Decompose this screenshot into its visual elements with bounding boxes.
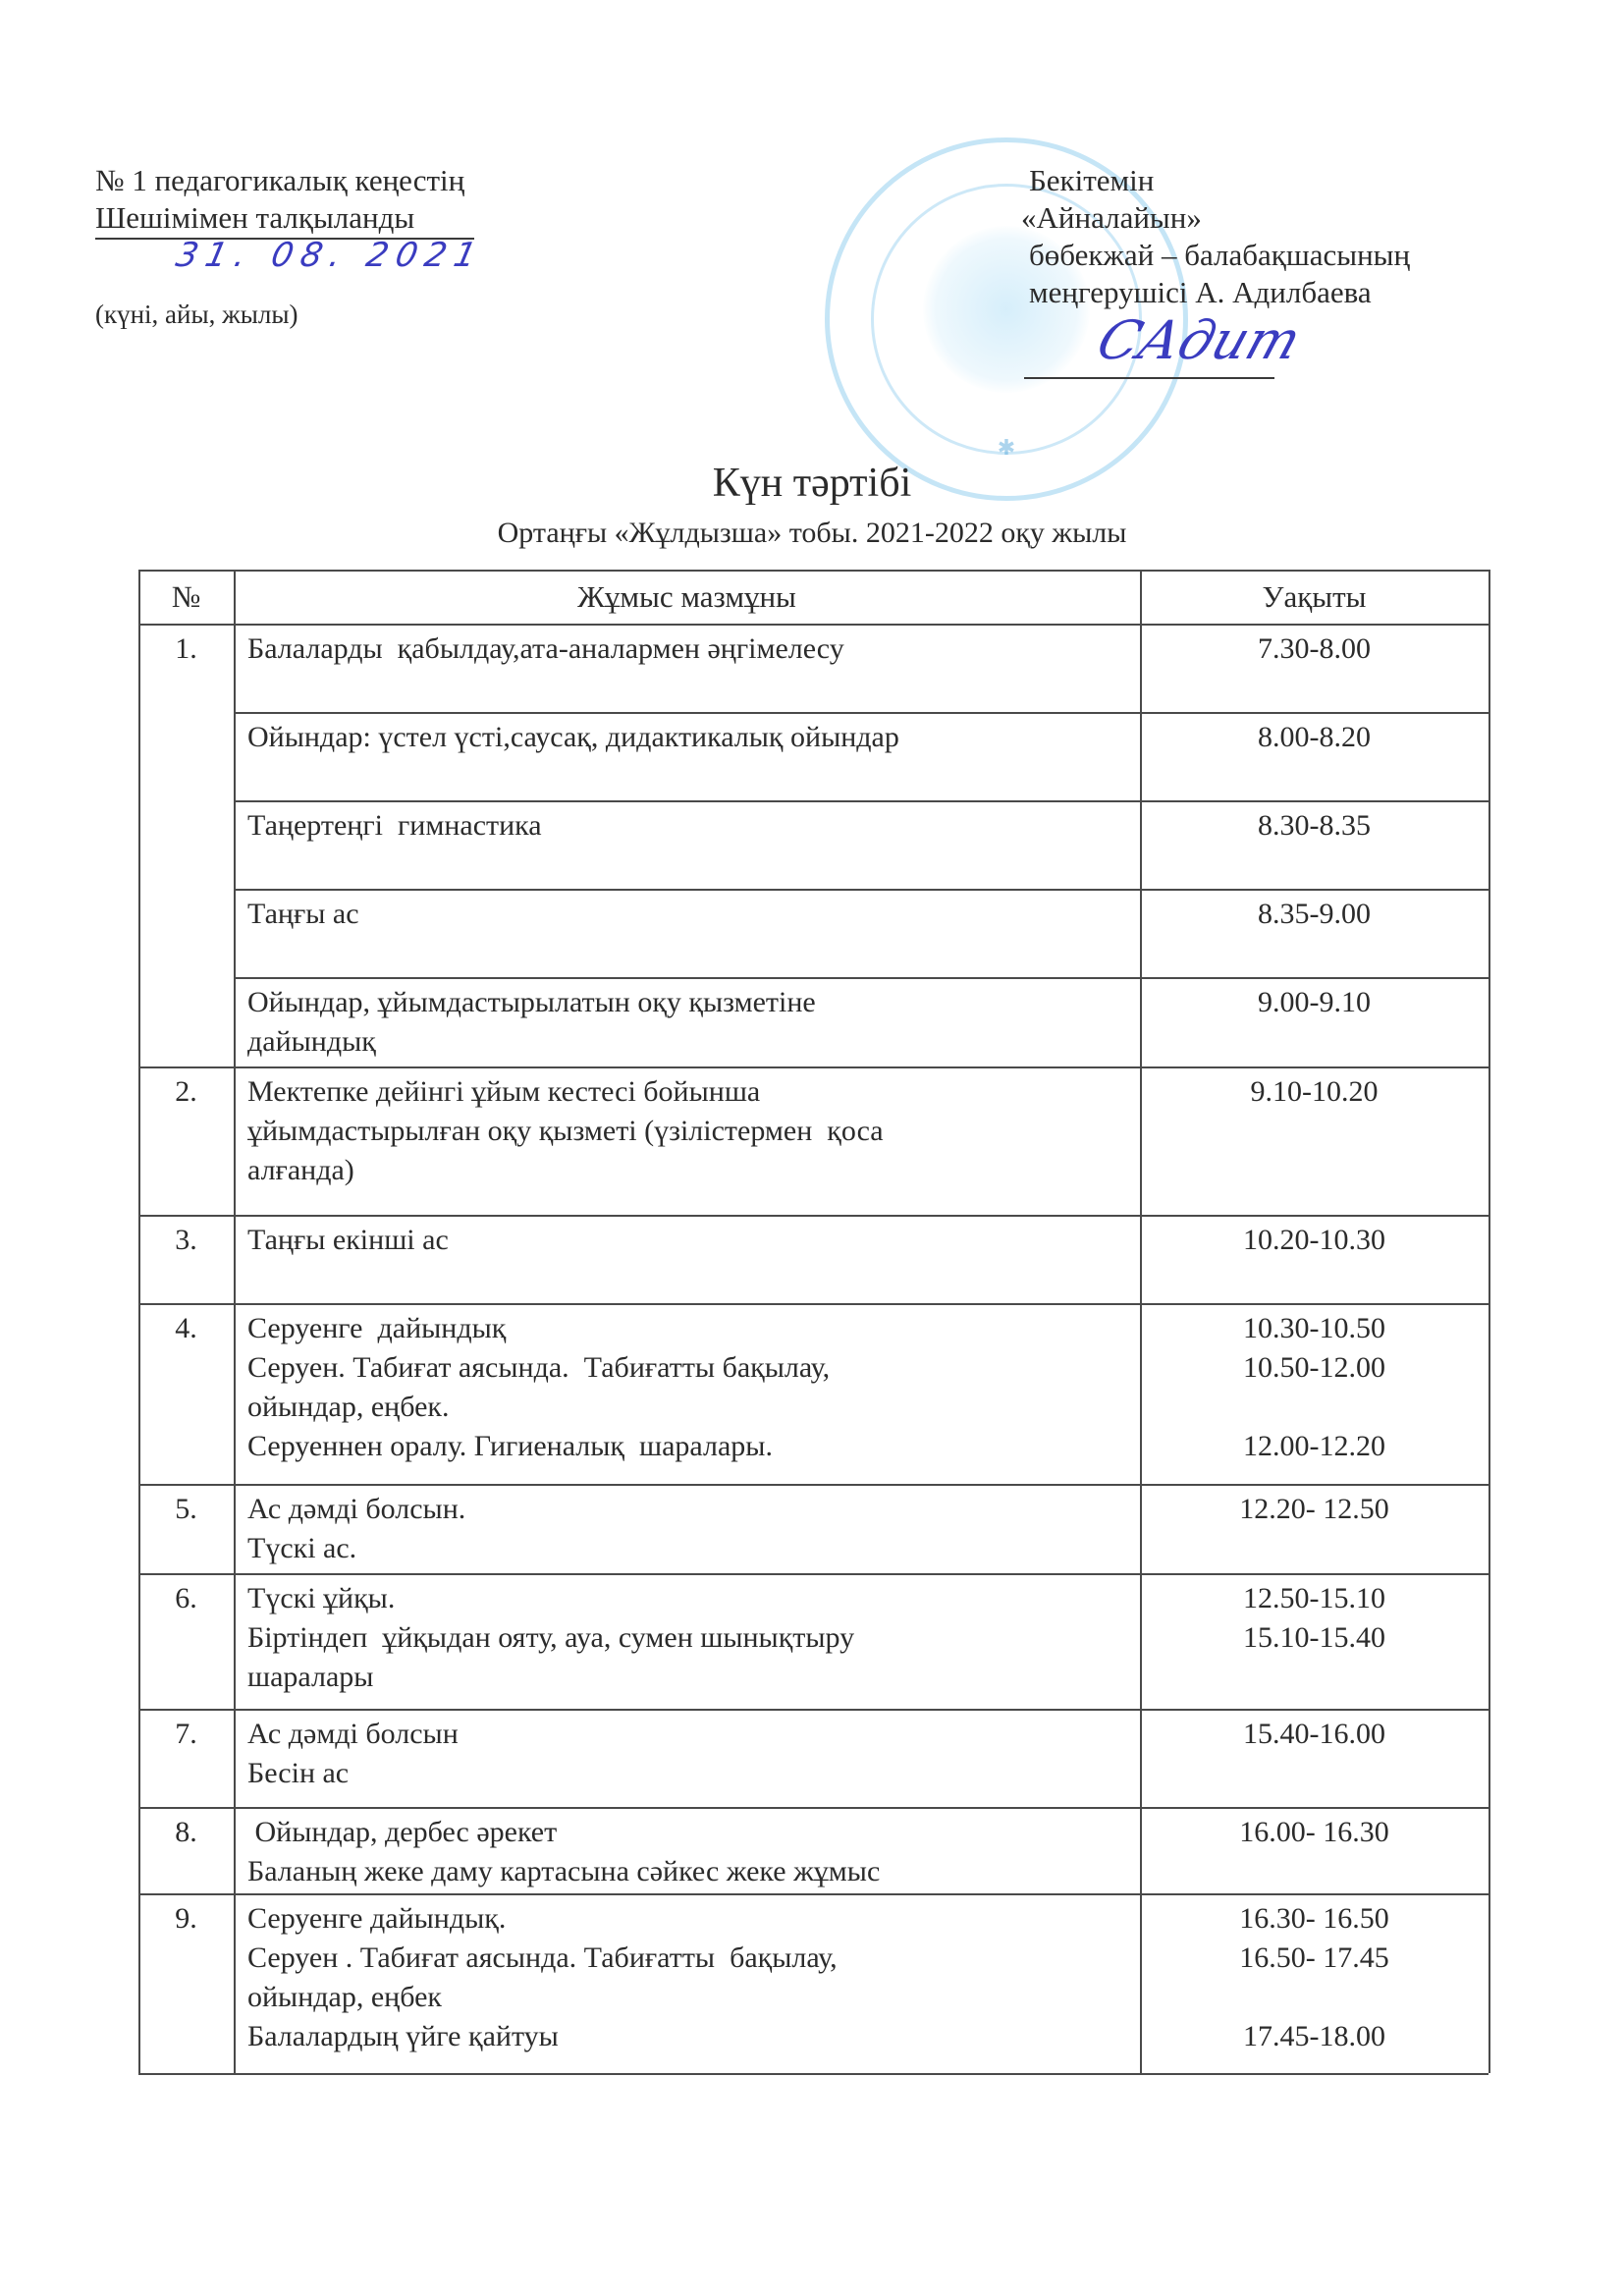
header-time: Уақыты xyxy=(1140,577,1489,617)
row-number: 4. xyxy=(138,1309,234,1348)
time-range: 15.40-16.00 xyxy=(1140,1715,1489,1754)
row-number: 1. xyxy=(138,629,234,669)
activity-text: ойындар, еңбек. xyxy=(247,1388,449,1427)
time-range: 8.30-8.35 xyxy=(1140,806,1489,846)
time-range: 15.10-15.40 xyxy=(1140,1618,1489,1658)
time-range: 10.50-12.00 xyxy=(1140,1348,1489,1388)
activity-text: Бесін ас xyxy=(247,1754,349,1793)
activity-text: Ойындар, ұйымдастырылатын оқу қызметіне xyxy=(247,983,816,1022)
row-divider xyxy=(138,1215,1489,1217)
activity-text: Ойындар: үстел үсті,саусақ, дидактикалық… xyxy=(247,718,899,757)
table-top-border xyxy=(138,570,1489,572)
row-divider xyxy=(138,1807,1489,1809)
time-range: 9.10-10.20 xyxy=(1140,1072,1489,1112)
council-line-1: № 1 педагогикалық кеңестің xyxy=(95,162,464,199)
activity-text: Балалардың үйге қайтуы xyxy=(247,2017,559,2056)
approval-line-1: Бекітемін xyxy=(1029,162,1410,199)
page-subtitle: Ортаңғы «Жұлдызша» тобы. 2021-2022 оқу ж… xyxy=(0,517,1624,550)
number-column-divider xyxy=(234,570,236,2073)
time-range: 16.30- 16.50 xyxy=(1140,1899,1489,1939)
time-range: 8.00-8.20 xyxy=(1140,718,1489,757)
header-divider xyxy=(138,624,1489,626)
activity-text: Түскі ұйқы. xyxy=(247,1579,395,1618)
header-number: № xyxy=(138,577,234,617)
activity-text: ойындар, еңбек xyxy=(247,1978,442,2017)
activity-text: Таңертеңгі гимнастика xyxy=(247,806,542,846)
table-left-border xyxy=(138,570,140,2073)
table-bottom-border xyxy=(138,2073,1489,2075)
row-divider xyxy=(138,1484,1489,1486)
activity-text: Серуенге дайындық xyxy=(247,1309,506,1348)
row-number: 6. xyxy=(138,1579,234,1618)
approval-line-3: бөбекжай – балабақшасының xyxy=(1029,237,1410,274)
signature: САдит xyxy=(1090,309,1309,371)
header-content: Жұмыс мазмұны xyxy=(234,577,1140,617)
signature-underline xyxy=(1024,377,1274,379)
activity-text: Серуеннен оралу. Гигиеналық шаралары. xyxy=(247,1427,773,1466)
activity-text: Ас дәмді болсын. xyxy=(247,1490,465,1529)
row-divider xyxy=(138,1303,1489,1305)
time-range: 10.20-10.30 xyxy=(1140,1221,1489,1260)
activity-text: Серуен . Табиғат аясында. Табиғатты бақы… xyxy=(247,1939,838,1978)
table-right-border xyxy=(1489,570,1490,2073)
time-range: 16.50- 17.45 xyxy=(1140,1939,1489,1978)
activity-text: Серуен. Табиғат аясында. Табиғатты бақыл… xyxy=(247,1348,830,1388)
activity-text: Ойындар, дербес әрекет xyxy=(247,1813,557,1852)
row-number: 8. xyxy=(138,1813,234,1852)
time-range: 12.20- 12.50 xyxy=(1140,1490,1489,1529)
star-icon: ✱ xyxy=(830,435,1183,461)
item-divider xyxy=(234,977,1489,979)
row-number: 7. xyxy=(138,1715,234,1754)
activity-text: Таңғы екінші ас xyxy=(247,1221,449,1260)
time-range: 16.00- 16.30 xyxy=(1140,1813,1489,1852)
approval-line-2: «Айналайын» xyxy=(1021,199,1410,237)
time-range: 8.35-9.00 xyxy=(1140,895,1489,934)
council-line-2: Шешімімен талқыланды xyxy=(95,199,464,237)
time-range: 9.00-9.10 xyxy=(1140,983,1489,1022)
time-range: 10.30-10.50 xyxy=(1140,1309,1489,1348)
approval-block: Бекітемін «Айналайын» бөбекжай – балабақ… xyxy=(1029,162,1410,311)
activity-text: ұйымдастырылған оқу қызметі (үзілістерме… xyxy=(247,1112,884,1151)
activity-text: Мектепке дейінгі ұйым кестесі бойынша xyxy=(247,1072,760,1112)
date-caption: (күні, айы, жылы) xyxy=(95,300,298,330)
row-number: 2. xyxy=(138,1072,234,1112)
time-column-divider xyxy=(1140,570,1142,2073)
date-underline xyxy=(95,238,474,240)
row-divider xyxy=(138,1573,1489,1575)
activity-text: Баланың жеке даму картасына сәйкес жеке … xyxy=(247,1852,880,1891)
activity-text: Біртіндеп ұйқыдан ояту, ауа, сумен шынық… xyxy=(247,1618,854,1658)
time-range: 12.00-12.20 xyxy=(1140,1427,1489,1466)
row-number: 9. xyxy=(138,1899,234,1939)
activity-text: дайындық xyxy=(247,1022,376,1062)
row-divider xyxy=(138,1709,1489,1711)
item-divider xyxy=(234,889,1489,891)
page-title: Күн тәртібі xyxy=(0,460,1624,507)
time-range: 17.45-18.00 xyxy=(1140,2017,1489,2056)
row-number: 5. xyxy=(138,1490,234,1529)
activity-text: Ас дәмді болсын xyxy=(247,1715,459,1754)
activity-text: алғанда) xyxy=(247,1151,354,1190)
row-divider xyxy=(138,1066,1489,1068)
approval-line-4: меңгерушісі А. Адилбаева xyxy=(1029,274,1410,311)
handwritten-date: 31. 08. 2021 xyxy=(173,236,488,275)
activity-text: Серуенге дайындық. xyxy=(247,1899,506,1939)
activity-text: Балаларды қабылдау,ата-аналармен әңгімел… xyxy=(247,629,844,669)
activity-text: шаралары xyxy=(247,1658,373,1697)
time-range: 12.50-15.10 xyxy=(1140,1579,1489,1618)
item-divider xyxy=(234,712,1489,714)
time-range: 7.30-8.00 xyxy=(1140,629,1489,669)
row-divider xyxy=(138,1893,1489,1895)
activity-text: Түскі ас. xyxy=(247,1529,356,1568)
council-block: № 1 педагогикалық кеңестің Шешімімен тал… xyxy=(95,162,464,237)
activity-text: Таңғы ас xyxy=(247,895,359,934)
item-divider xyxy=(234,800,1489,802)
row-number: 3. xyxy=(138,1221,234,1260)
